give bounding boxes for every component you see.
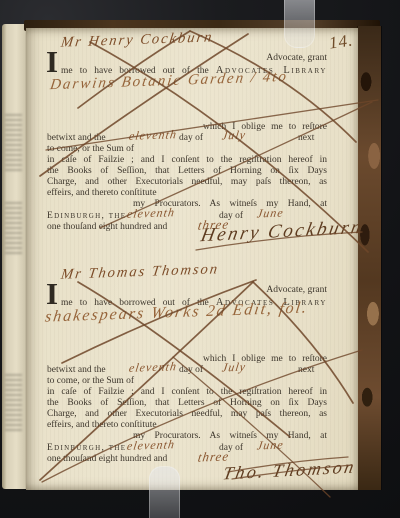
printed-year-line: one thouſand eight hundred and bbox=[47, 454, 167, 465]
sign-month-handwritten: June bbox=[256, 208, 284, 220]
return-day-handwritten: eleventh bbox=[128, 361, 178, 374]
sign-month-handwritten: June bbox=[256, 440, 284, 452]
return-month-handwritten: July bbox=[221, 130, 247, 142]
printed-books-of-session: the Books of Seſſion, that Letters of Ho… bbox=[47, 398, 327, 409]
printed-year-line: one thouſand eight hundred and bbox=[47, 222, 167, 233]
borrow-entry-thomson: I Mr Thomas Thomson Advocate, grant me t… bbox=[45, 270, 329, 500]
page-holder-strip-bottom bbox=[149, 466, 180, 518]
printed-to-come: to come, or the Sum of bbox=[47, 376, 134, 387]
signature-handwritten: Henry Cockburn bbox=[200, 222, 364, 242]
page-holder-strip-top bbox=[284, 0, 315, 48]
book-photograph: 14. I Mr Henry Cockburn Advocate, grant … bbox=[0, 0, 400, 518]
borrower-name-handwritten: Mr Thomas Thomson bbox=[60, 264, 220, 281]
show-through-text bbox=[5, 114, 22, 174]
borrower-name-handwritten: Mr Henry Cockburn bbox=[60, 32, 214, 48]
printed-next: next bbox=[298, 133, 314, 144]
return-day-handwritten: eleventh bbox=[128, 129, 178, 142]
printed-edinburgh: Edinburgh, the bbox=[47, 443, 126, 454]
sign-day-handwritten: eleventh bbox=[126, 207, 176, 220]
printed-advocate-grant: Advocate, grant bbox=[195, 285, 327, 296]
show-through-text bbox=[5, 374, 22, 434]
printed-day-of: day of bbox=[179, 365, 203, 376]
page-fore-edges bbox=[2, 24, 28, 489]
printed-failzie-line: in caſe of Failzie ; and I conſent to th… bbox=[47, 387, 327, 398]
printed-effeirs-line: effeirs, and thereto conſtitute bbox=[47, 188, 157, 199]
show-through-text bbox=[5, 202, 22, 254]
sign-day-handwritten: eleventh bbox=[126, 439, 176, 452]
return-month-handwritten: July bbox=[221, 362, 247, 374]
printed-books-of-session: the Books of Seſſion, that Letters of Ho… bbox=[47, 166, 327, 177]
printed-failzie-line: in caſe of Failzie ; and I conſent to th… bbox=[47, 155, 327, 166]
printed-next: next bbox=[298, 365, 314, 376]
printed-advocate-grant: Advocate, grant bbox=[195, 53, 327, 64]
printed-betwixt: betwixt and the bbox=[47, 365, 106, 376]
printed-effeirs-line: effeirs, and thereto conſtitute bbox=[47, 420, 157, 431]
printed-to-come: to come, or the Sum of bbox=[47, 144, 134, 155]
printed-edinburgh: Edinburgh, the bbox=[47, 211, 126, 222]
register-page: 14. I Mr Henry Cockburn Advocate, grant … bbox=[26, 28, 358, 490]
printed-charge-line: Charge, and other Executorials needful, … bbox=[47, 409, 327, 420]
printed-day-of: day of bbox=[179, 133, 203, 144]
dropcap-initial: I bbox=[46, 48, 58, 76]
dropcap-initial: I bbox=[46, 280, 58, 308]
borrow-entry-cockburn: I Mr Henry Cockburn Advocate, grant me t… bbox=[45, 38, 329, 268]
printed-charge-line: Charge, and other Executorials needful, … bbox=[47, 177, 327, 188]
marbled-cover-edge bbox=[357, 26, 382, 490]
page-number: 14. bbox=[328, 30, 355, 53]
year-word-handwritten: three bbox=[197, 450, 230, 462]
printed-betwixt: betwixt and the bbox=[47, 133, 106, 144]
signature-handwritten: Tho. Thomson bbox=[222, 461, 357, 479]
